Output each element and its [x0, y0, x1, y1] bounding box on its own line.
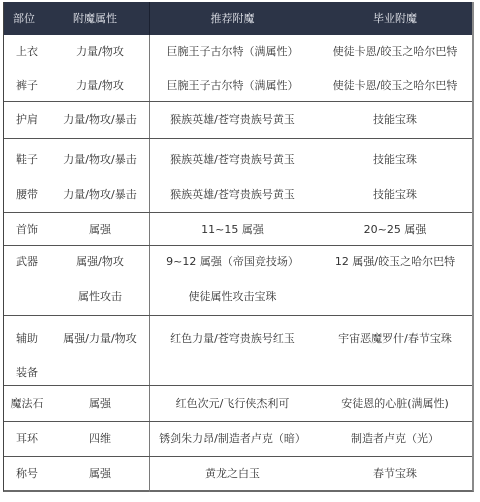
cell-part: 称号 — [4, 466, 50, 482]
cell-recommended: 猴族英雄/苍穹贵族号黄玉 — [150, 187, 315, 203]
table-row-group: 辅助 属强/力量/物攻 红色力量/苍穹贵族号红玉 宇宙恶魔罗什/春节宝珠 装备 — [4, 315, 472, 385]
cell-recommended: 9~12 属强（帝国竞技场） — [150, 254, 315, 270]
cell-attr: 属强 — [50, 222, 150, 238]
header-attr: 附魔属性 — [52, 2, 138, 35]
cell-attr: 力量/物攻/暴击 — [50, 152, 150, 168]
cell-recommended: 猴族英雄/苍穹贵族号黄玉 — [150, 152, 315, 168]
table-row-group: 上衣 力量/物攻 巨腕王子古尔特（满属性） 使徒卡恩/皎玉之哈尔巴特 裤子 力量… — [4, 35, 472, 101]
cell-recommended: 11~15 属强 — [150, 222, 315, 238]
cell-graduation: 制造者卢克（光） — [315, 431, 475, 447]
cell-graduation: 安徒恩的心脏(满属性) — [315, 396, 475, 412]
cell-graduation: 春节宝珠 — [315, 466, 475, 482]
cell-attr: 属强 — [50, 396, 150, 412]
table-row: 魔法石 属强 红色次元/飞行侠杰利可 安徒恩的心脏(满属性) — [4, 385, 472, 421]
cell-attr: 属强/物攻 — [50, 254, 150, 270]
cell-recommended: 黄龙之白玉 — [150, 466, 315, 482]
cell-graduation: 20~25 属强 — [315, 222, 475, 238]
cell-part: 装备 — [4, 365, 50, 381]
header-graduation: 毕业附魔 — [315, 2, 475, 35]
cell-part: 裤子 — [4, 78, 50, 94]
header-part: 部位 — [4, 2, 44, 35]
cell-part: 鞋子 — [4, 152, 50, 168]
cell-attr: 属强 — [50, 466, 150, 482]
cell-graduation: 技能宝珠 — [315, 112, 475, 128]
cell-part: 武器 — [4, 254, 50, 270]
cell-recommended: 巨腕王子古尔特（满属性） — [150, 78, 315, 94]
cell-attr: 四维 — [50, 431, 150, 447]
cell-recommended: 巨腕王子古尔特（满属性） — [150, 44, 315, 60]
cell-attr: 属性攻击 — [50, 289, 150, 305]
table-row: 称号 属强 黄龙之白玉 春节宝珠 — [4, 456, 472, 490]
table-row-group: 鞋子 力量/物攻/暴击 猴族英雄/苍穹贵族号黄玉 技能宝珠 腰带 力量/物攻/暴… — [4, 138, 472, 212]
cell-graduation: 使徒卡恩/皎玉之哈尔巴特 — [315, 78, 475, 94]
cell-part: 魔法石 — [4, 396, 50, 412]
cell-attr: 属强/力量/物攻 — [50, 331, 150, 347]
cell-attr: 力量/物攻/暴击 — [50, 187, 150, 203]
table-row: 耳环 四维 锈剑朱力昂/制造者卢克（暗） 制造者卢克（光） — [4, 421, 472, 456]
cell-attr: 力量/物攻 — [50, 44, 150, 60]
header-divider — [149, 2, 150, 35]
table-row: 护肩 力量/物攻/暴击 猴族英雄/苍穹贵族号黄玉 技能宝珠 — [4, 101, 472, 138]
cell-recommended: 红色次元/飞行侠杰利可 — [150, 396, 315, 412]
cell-part: 首饰 — [4, 222, 50, 238]
cell-graduation: 使徒卡恩/皎玉之哈尔巴特 — [315, 44, 475, 60]
table-row-group: 武器 属强/物攻 9~12 属强（帝国竞技场） 12 属强/皎玉之哈尔巴特 属性… — [4, 245, 472, 315]
cell-part: 护肩 — [4, 112, 50, 128]
table-header: 部位 附魔属性 推荐附魔 毕业附魔 — [4, 2, 472, 35]
enchant-table: 部位 附魔属性 推荐附魔 毕业附魔 上衣 力量/物攻 巨腕王子古尔特（满属性） … — [3, 2, 474, 492]
cell-graduation: 技能宝珠 — [315, 187, 475, 203]
cell-attr: 力量/物攻/暴击 — [50, 112, 150, 128]
cell-attr: 力量/物攻 — [50, 78, 150, 94]
cell-part: 耳环 — [4, 431, 50, 447]
cell-part: 上衣 — [4, 44, 50, 60]
cell-recommended: 使徒属性攻击宝珠 — [150, 289, 315, 305]
cell-graduation: 宇宙恶魔罗什/春节宝珠 — [315, 331, 475, 347]
cell-part: 腰带 — [4, 187, 50, 203]
table-row: 首饰 属强 11~15 属强 20~25 属强 — [4, 212, 472, 245]
cell-graduation: 12 属强/皎玉之哈尔巴特 — [315, 254, 475, 270]
cell-graduation: 技能宝珠 — [315, 152, 475, 168]
header-recommended: 推荐附魔 — [150, 2, 315, 35]
cell-recommended: 锈剑朱力昂/制造者卢克（暗） — [150, 431, 315, 447]
cell-recommended: 猴族英雄/苍穹贵族号黄玉 — [150, 112, 315, 128]
cell-recommended: 红色力量/苍穹贵族号红玉 — [150, 331, 315, 347]
cell-part: 辅助 — [4, 331, 50, 347]
